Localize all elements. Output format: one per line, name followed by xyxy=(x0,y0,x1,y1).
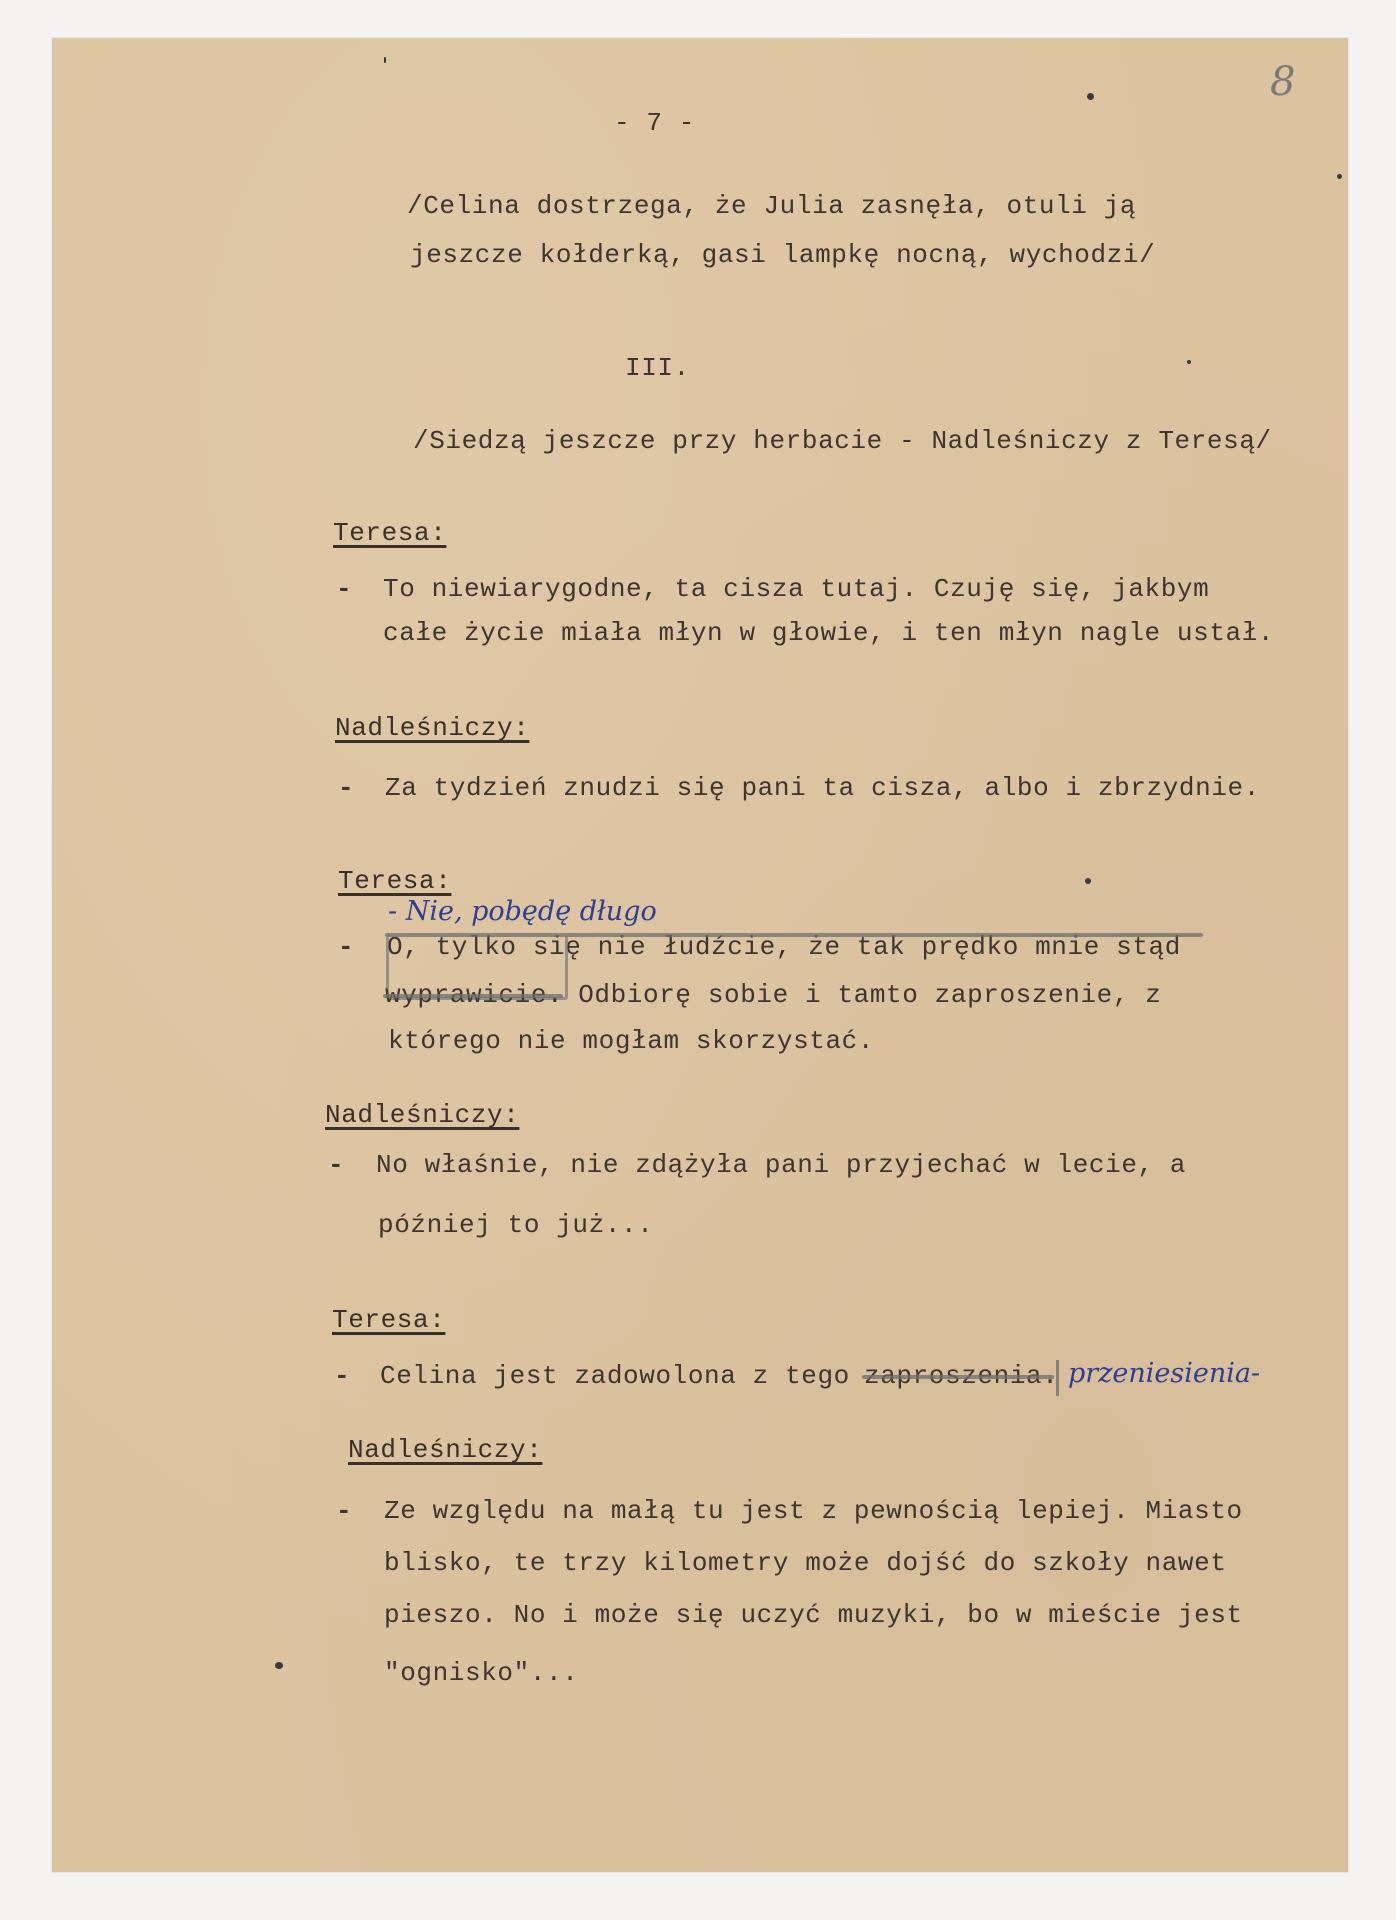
dialogue-dash: - xyxy=(338,775,354,801)
dialogue-line: "ognisko"... xyxy=(384,1660,578,1686)
dialogue-line: No właśnie, nie zdążyła pani przyjechać … xyxy=(376,1152,1186,1178)
ink-speck xyxy=(384,57,386,63)
dialogue-line: Za tydzień znudzi się pani ta cisza, alb… xyxy=(385,775,1260,801)
stage-direction-line-2: jeszcze kołderką, gasi lampkę nocną, wyc… xyxy=(410,242,1155,268)
dialogue-line: pieszo. No i może się uczyć muzyki, bo w… xyxy=(384,1602,1243,1628)
dialogue-dash: - xyxy=(336,1498,352,1524)
dialogue-dash: - xyxy=(336,576,352,602)
ink-speck xyxy=(1337,174,1342,179)
strikethrough-line xyxy=(383,994,563,998)
speaker-teresa: Teresa: xyxy=(332,1307,445,1333)
ink-speck xyxy=(275,1662,283,1669)
scene-number: III. xyxy=(625,355,690,381)
speaker-nadlesniczy: Nadleśniczy: xyxy=(348,1437,542,1463)
dialogue-dash: - xyxy=(328,1152,344,1178)
stage-direction-line-1: /Celina dostrzega, że Julia zasnęła, otu… xyxy=(407,193,1136,219)
dialogue-line: później to już... xyxy=(378,1212,653,1238)
dialogue-dash: - xyxy=(334,1363,350,1389)
insertion-mark xyxy=(1056,1360,1059,1396)
dialogue-line: Odbiorę sobie i tamto zaproszenie, z xyxy=(562,982,1162,1008)
dialogue-line: całe życie miała młyn w głowie, i ten mł… xyxy=(383,620,1274,646)
dialogue-line: Celina jest zadowolona z tego xyxy=(380,1363,866,1389)
archive-page-number: 8 xyxy=(1270,62,1295,102)
ink-speck xyxy=(1087,93,1094,100)
page-number: - 7 - xyxy=(614,110,695,136)
dialogue-line: którego nie mogłam skorzystać. xyxy=(388,1028,874,1054)
dialogue-dash: - xyxy=(338,934,354,960)
dialogue-line: Ze względu na małą tu jest z pewnością l… xyxy=(384,1498,1243,1524)
speaker-teresa: Teresa: xyxy=(338,868,451,894)
handwritten-replacement: przeniesienia- xyxy=(1068,1360,1260,1387)
strikethrough-line xyxy=(862,1375,1054,1379)
ink-speck xyxy=(1085,878,1091,884)
handwritten-insert: - Nie, pobędę długo xyxy=(388,898,657,925)
speaker-nadlesniczy: Nadleśniczy: xyxy=(325,1102,519,1128)
dialogue-line: blisko, te trzy kilometry może dojść do … xyxy=(384,1550,1227,1576)
speaker-nadlesniczy: Nadleśniczy: xyxy=(335,715,529,741)
scene-direction: /Siedzą jeszcze przy herbacie - Nadleśni… xyxy=(413,428,1272,454)
ink-speck xyxy=(1187,360,1191,364)
speaker-teresa: Teresa: xyxy=(333,520,446,546)
dialogue-line: To niewiarygodne, ta cisza tutaj. Czuję … xyxy=(383,576,1209,602)
